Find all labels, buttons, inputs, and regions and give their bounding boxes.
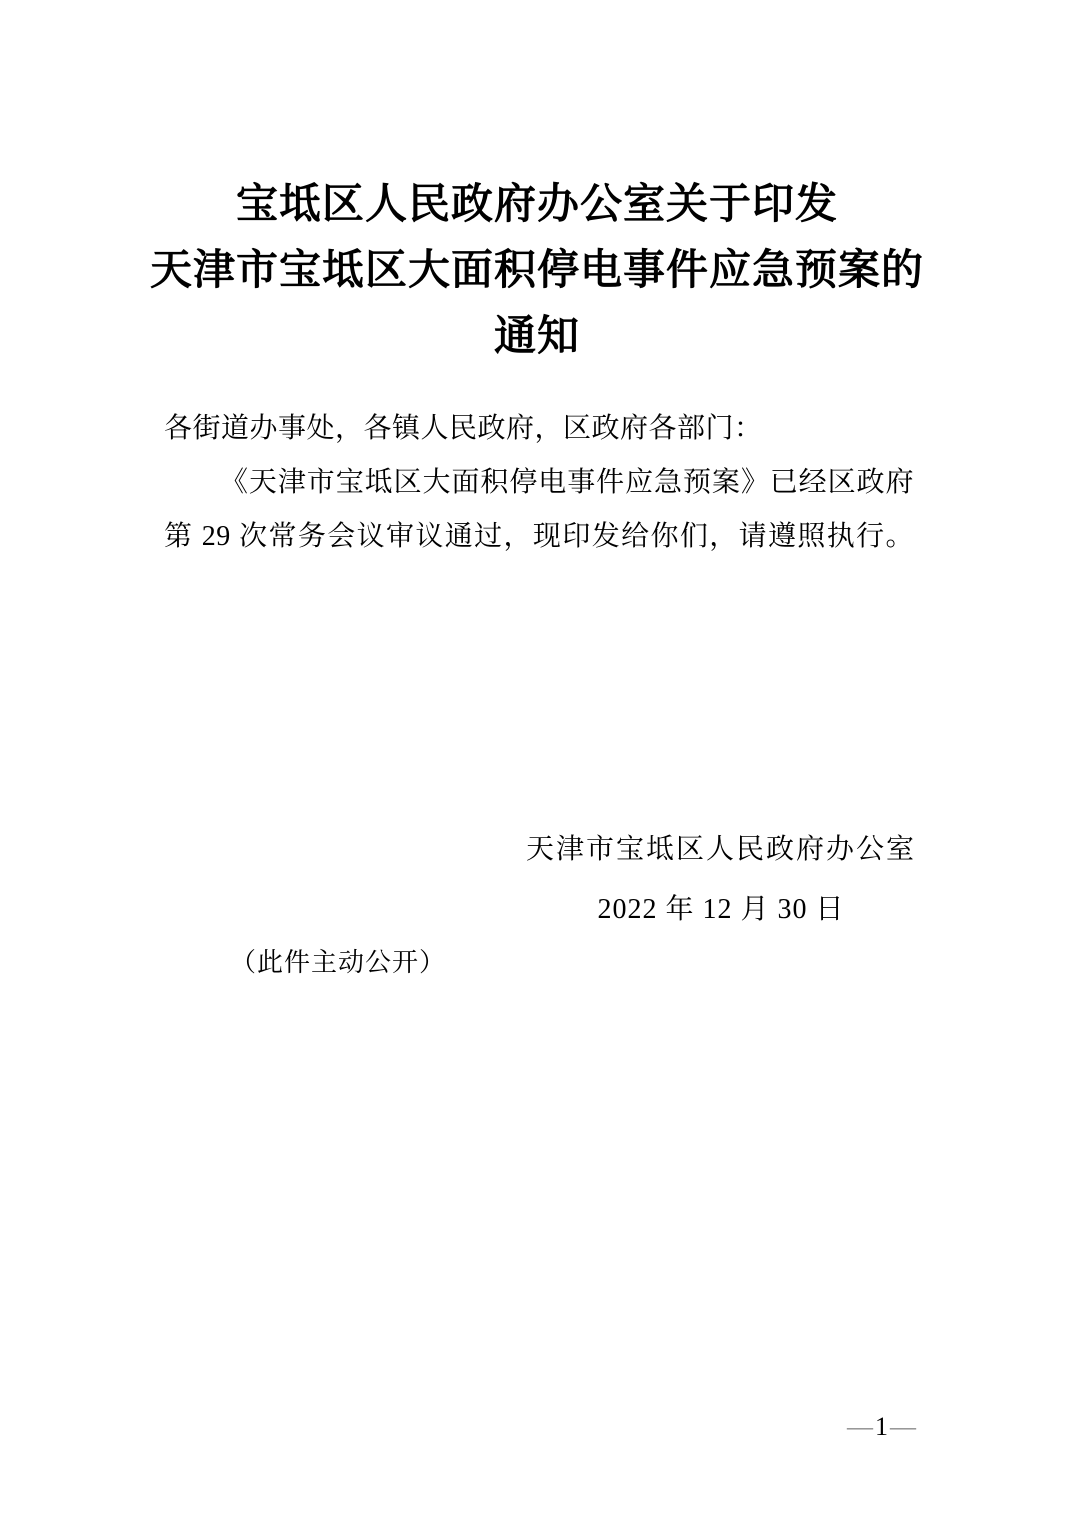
document-title-line-3: 通知 bbox=[0, 304, 1074, 370]
salutation-line: 各街道办事处，各镇人民政府，区政府各部门： bbox=[164, 402, 914, 456]
document-title-line-2: 天津市宝坻区大面积停电事件应急预案的 bbox=[0, 238, 1074, 304]
page-number-value: 1 bbox=[873, 1412, 890, 1441]
signature-issuer: 天津市宝坻区人民政府办公室 bbox=[526, 833, 916, 867]
document-title: 宝坻区人民政府办公室关于印发 天津市宝坻区大面积停电事件应急预案的 通知 bbox=[0, 172, 1074, 370]
document-title-line-1: 宝坻区人民政府办公室关于印发 bbox=[0, 172, 1074, 238]
document-body: 各街道办事处，各镇人民政府，区政府各部门： 《天津市宝坻区大面积停电事件应急预案… bbox=[164, 402, 914, 564]
page-number-dash-left: — bbox=[847, 1412, 873, 1441]
signature-date: 2022 年 12 月 30 日 bbox=[526, 893, 916, 927]
signature-block: 天津市宝坻区人民政府办公室 2022 年 12 月 30 日 bbox=[526, 833, 916, 927]
document-page: 宝坻区人民政府办公室关于印发 天津市宝坻区大面积停电事件应急预案的 通知 各街道… bbox=[0, 0, 1074, 1520]
page-number-dash-right: — bbox=[890, 1412, 916, 1441]
body-paragraph-line-1: 《天津市宝坻区大面积停电事件应急预案》已经区政府 bbox=[164, 456, 914, 510]
body-paragraph-line-2: 第 29 次常务会议审议通过，现印发给你们，请遵照执行。 bbox=[164, 510, 914, 564]
page-number: —1— bbox=[847, 1412, 916, 1442]
disclosure-note: （此件主动公开） bbox=[230, 946, 446, 980]
